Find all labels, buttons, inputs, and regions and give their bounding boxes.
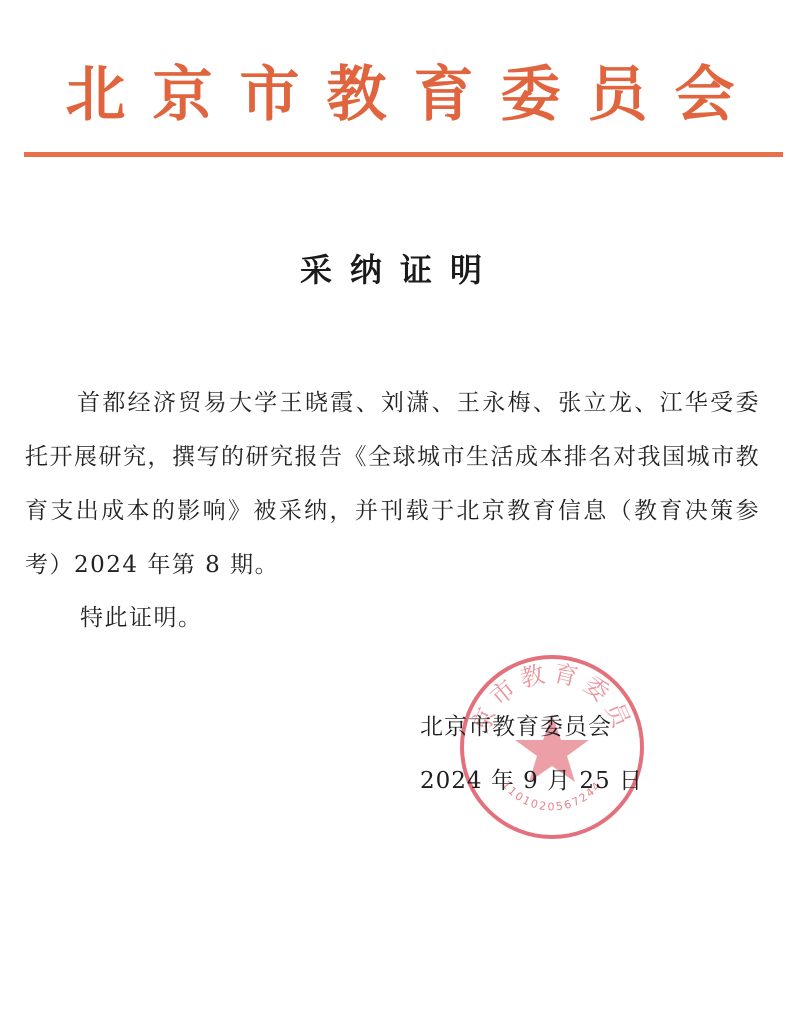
signature-date: 2024 年 9 月 25 日 xyxy=(420,754,643,808)
letterhead: 北京市教育委员会 xyxy=(0,55,800,135)
letterhead-divider xyxy=(24,152,783,157)
signature-issuer: 北京市教育委员会 xyxy=(420,700,643,754)
signature-block: 北京市教育委员会 2024 年 9 月 25 日 xyxy=(420,700,643,808)
document-title: 采纳证明 xyxy=(0,245,800,291)
document-closing: 特此证明。 xyxy=(80,591,203,645)
letterhead-organization: 北京市教育委员会 xyxy=(66,55,762,135)
document-body: 首都经济贸易大学王晓霞、刘潇、王永梅、张立龙、江华受委托开展研究，撰写的研究报告… xyxy=(25,376,760,592)
